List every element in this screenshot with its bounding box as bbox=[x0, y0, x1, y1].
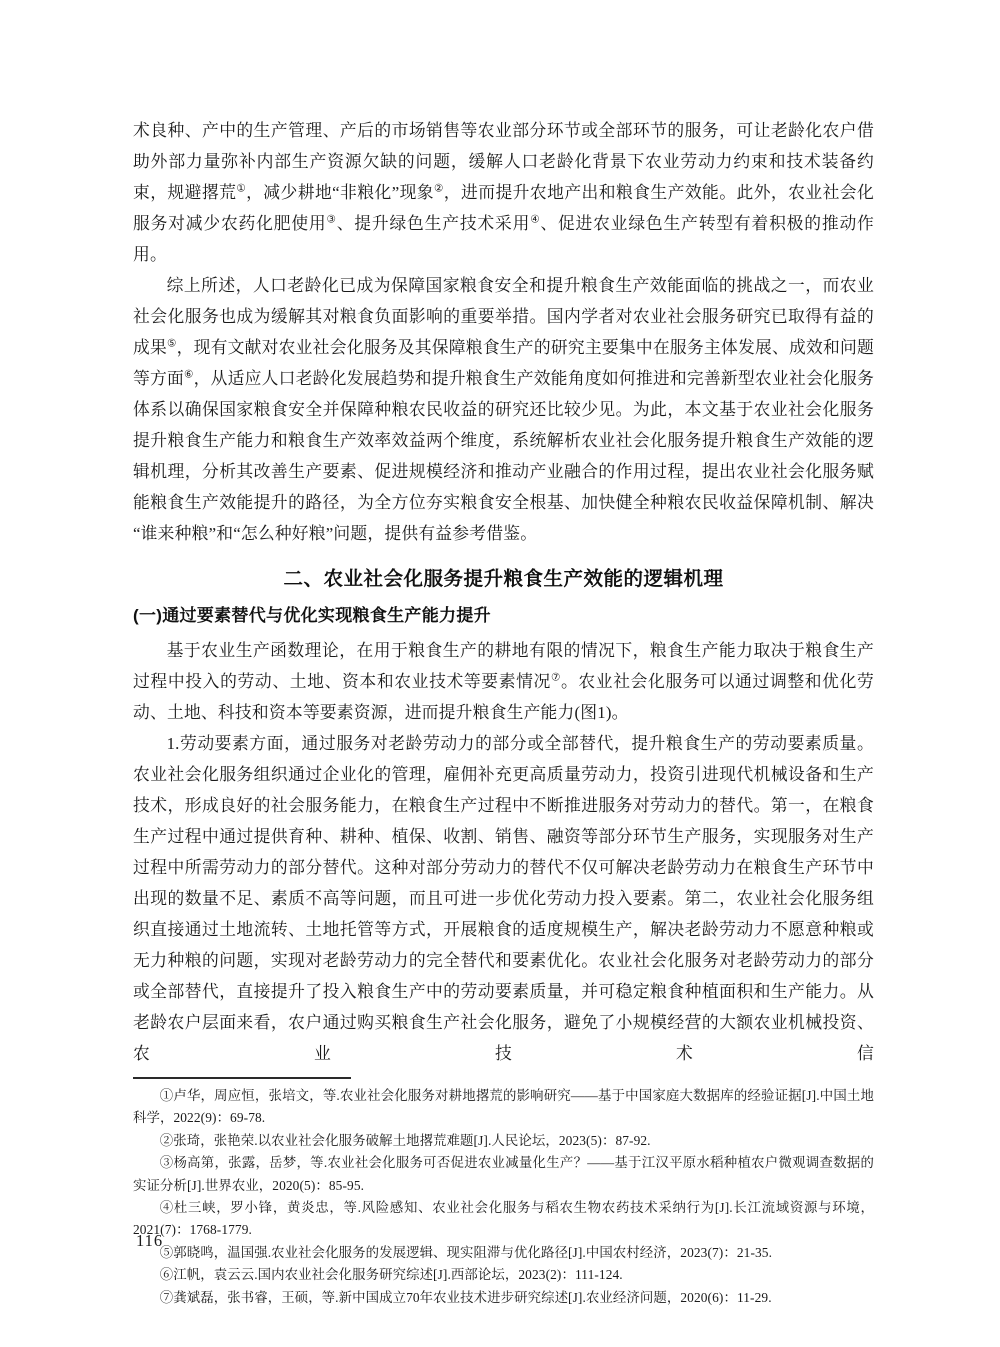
section-heading: 二、农业社会化服务提升粮食生产效能的逻辑机理 bbox=[133, 565, 874, 593]
body-paragraph: 综上所述，人口老龄化已成为保障国家粮食安全和提升粮食生产效能面临的挑战之一，而农… bbox=[133, 270, 874, 549]
page-number: 116 bbox=[136, 1231, 163, 1251]
footnote-item: ④杜三峡，罗小锋，黄炎忠，等.风险感知、农业社会化服务与稻农生物农药技术采纳行为… bbox=[133, 1197, 874, 1242]
footnotes-block: ①卢华，周应恒，张培文，等.农业社会化服务对耕地撂荒的影响研究——基于中国家庭大… bbox=[133, 1085, 874, 1309]
subsection-heading: (一)通过要素替代与优化实现粮食生产能力提升 bbox=[133, 603, 874, 629]
body-paragraph: 基于农业生产函数理论，在用于粮食生产的耕地有限的情况下，粮食生产能力取决于粮食生… bbox=[133, 635, 874, 728]
document-page: 术良种、产中的生产管理、产后的市场销售等农业部分环节或全部环节的服务，可让老龄化… bbox=[0, 0, 1000, 1347]
footnote-item: ⑤郭晓鸣，温国强.农业社会化服务的发展逻辑、现实阻滞与优化路径[J].中国农村经… bbox=[133, 1242, 874, 1264]
footnote-item: ③杨高第，张露，岳梦，等.农业社会化服务可否促进农业减量化生产？——基于江汉平原… bbox=[133, 1152, 874, 1197]
footnote-item: ②张琦，张艳荣.以农业社会化服务破解土地撂荒难题[J].人民论坛，2023(5)… bbox=[133, 1130, 874, 1152]
footnote-item: ⑥江帆，袁云云.国内农业社会化服务研究综述[J].西部论坛，2023(2)：11… bbox=[133, 1264, 874, 1286]
body-paragraph: 1.劳动要素方面，通过服务对老龄劳动力的部分或全部替代，提升粮食生产的劳动要素质… bbox=[133, 728, 874, 1069]
text-column: 术良种、产中的生产管理、产后的市场销售等农业部分环节或全部环节的服务，可让老龄化… bbox=[133, 0, 874, 1309]
footnote-item: ⑦龚斌磊，张书睿，王硕，等.新中国成立70年农业技术进步研究综述[J].农业经济… bbox=[133, 1287, 874, 1309]
footnote-divider bbox=[133, 1077, 351, 1079]
footnote-item: ①卢华，周应恒，张培文，等.农业社会化服务对耕地撂荒的影响研究——基于中国家庭大… bbox=[133, 1085, 874, 1130]
body-paragraph: 术良种、产中的生产管理、产后的市场销售等农业部分环节或全部环节的服务，可让老龄化… bbox=[133, 115, 874, 270]
